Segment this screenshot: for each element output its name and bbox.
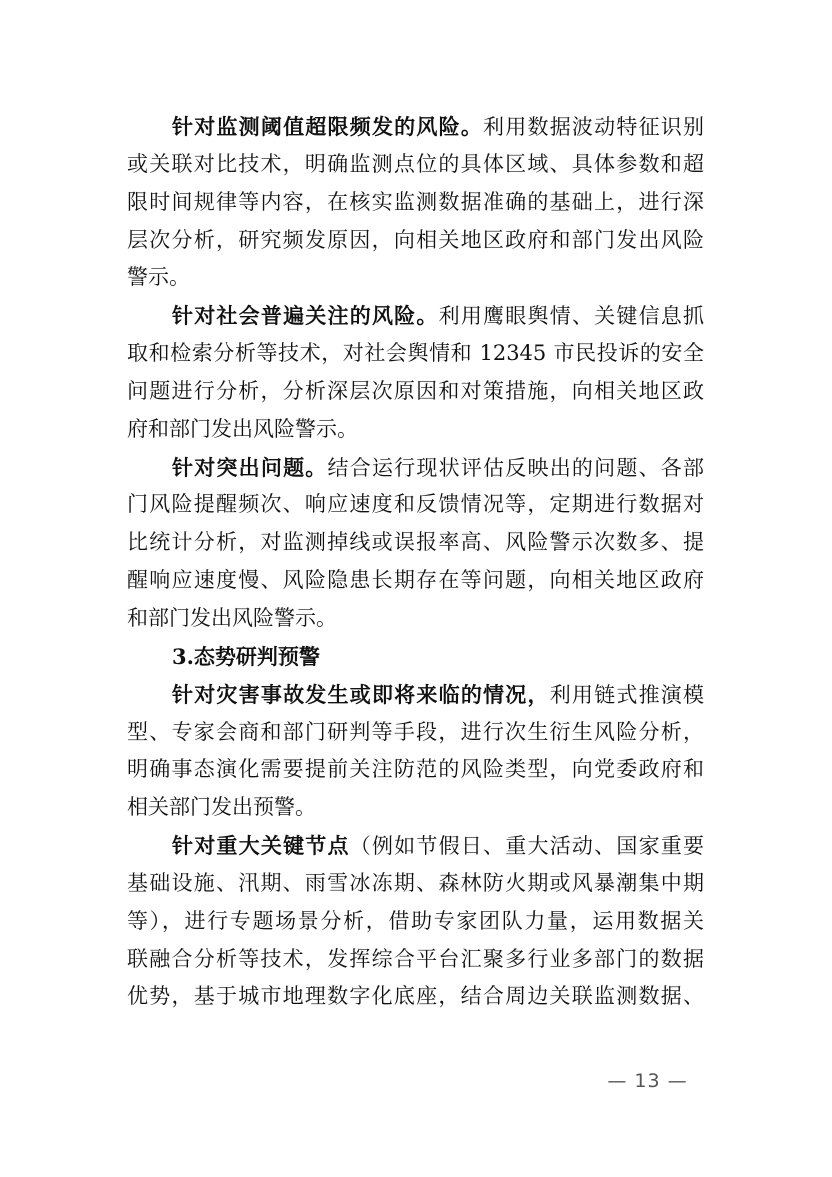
paragraph-2-text: 利用鹰眼舆情、关键信息抓 bbox=[439, 304, 704, 328]
paragraph-1-line-2: 或关联对比技术，明确监测点位的具体区域、具体参数和超 bbox=[127, 146, 704, 184]
paragraph-4-line-3: 明确事态演化需要提前关注防范的风险类型，向党委政府和 bbox=[127, 751, 704, 789]
document-body: 针对监测阈值超限频发的风险。利用数据波动特征识别 或关联对比技术，明确监测点位的… bbox=[127, 108, 704, 1016]
paragraph-3-lead: 针对突出问题。 bbox=[172, 455, 328, 480]
paragraph-2-lead: 针对社会普遍关注的风险。 bbox=[172, 303, 439, 328]
paragraph-3-line-1: 针对突出问题。结合运行现状评估反映出的问题、各部 bbox=[127, 449, 704, 487]
paragraph-1-line-1: 针对监测阈值超限频发的风险。利用数据波动特征识别 bbox=[127, 108, 704, 146]
paragraph-5-line-2: 基础设施、汛期、雨雪冰冻期、森林防火期或风暴潮集中期 bbox=[127, 865, 704, 903]
paragraph-3-line-5: 和部门发出风险警示。 bbox=[127, 600, 704, 638]
page-number: — 13 — bbox=[600, 1070, 695, 1092]
paragraph-4-lead: 针对灾害事故发生或即将来临的情况， bbox=[172, 682, 550, 707]
paragraph-5-line-3: 等），进行专题场景分析，借助专家团队力量，运用数据关 bbox=[127, 903, 704, 941]
paragraph-5-text: （例如节假日、重大活动、国家重要 bbox=[350, 834, 704, 858]
paragraph-1-lead: 针对监测阈值超限频发的风险。 bbox=[172, 114, 483, 139]
document-page: 针对监测阈值超限频发的风险。利用数据波动特征识别 或关联对比技术，明确监测点位的… bbox=[0, 0, 832, 1177]
paragraph-2-line-4: 府和部门发出风险警示。 bbox=[127, 411, 704, 449]
paragraph-3-line-2: 门风险提醒频次、响应速度和反馈情况等，定期进行数据对 bbox=[127, 486, 704, 524]
section-heading: 3.态势研判预警 bbox=[127, 638, 704, 676]
paragraph-1-line-5: 警示。 bbox=[127, 259, 704, 297]
paragraph-2-line-2: 取和检索分析等技术，对社会舆情和 12345 市民投诉的安全 bbox=[127, 335, 704, 373]
paragraph-1-text: 利用数据波动特征识别 bbox=[483, 115, 704, 139]
paragraph-2-line-3: 问题进行分析，分析深层次原因和对策措施，向相关地区政 bbox=[127, 373, 704, 411]
paragraph-4-line-2: 型、专家会商和部门研判等手段，进行次生衍生风险分析， bbox=[127, 714, 704, 752]
paragraph-3-line-4: 醒响应速度慢、风险隐患长期存在等问题，向相关地区政府 bbox=[127, 562, 704, 600]
paragraph-1-line-3: 限时间规律等内容，在核实监测数据准确的基础上，进行深 bbox=[127, 184, 704, 222]
paragraph-5-lead: 针对重大关键节点 bbox=[172, 833, 350, 858]
paragraph-5-line-1: 针对重大关键节点（例如节假日、重大活动、国家重要 bbox=[127, 827, 704, 865]
paragraph-5-line-5: 优势，基于城市地理数字化底座，结合周边关联监测数据、 bbox=[127, 978, 704, 1016]
paragraph-1-line-4: 层次分析，研究频发原因，向相关地区政府和部门发出风险 bbox=[127, 222, 704, 260]
paragraph-3-line-3: 比统计分析，对监测掉线或误报率高、风险警示次数多、提 bbox=[127, 524, 704, 562]
paragraph-4-line-4: 相关部门发出预警。 bbox=[127, 789, 704, 827]
paragraph-2-line-1: 针对社会普遍关注的风险。利用鹰眼舆情、关键信息抓 bbox=[127, 297, 704, 335]
paragraph-4-text: 利用链式推演模 bbox=[550, 683, 704, 707]
paragraph-3-text: 结合运行现状评估反映出的问题、各部 bbox=[328, 456, 704, 480]
paragraph-4-line-1: 针对灾害事故发生或即将来临的情况，利用链式推演模 bbox=[127, 676, 704, 714]
paragraph-5-line-4: 联融合分析等技术，发挥综合平台汇聚多行业多部门的数据 bbox=[127, 941, 704, 979]
